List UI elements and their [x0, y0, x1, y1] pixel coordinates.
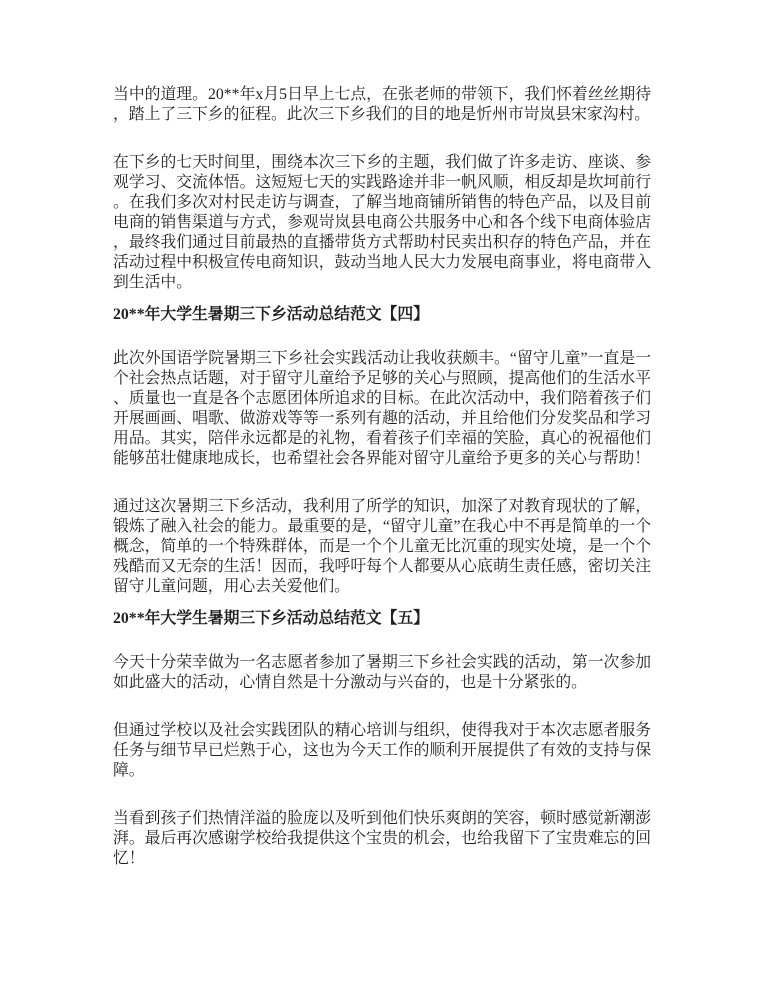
paragraph-training-preparation: 但通过学校以及社会实践团队的精心培训与组织，使得我对于本次志愿者服务任务与细节早…: [113, 721, 651, 781]
section-heading-four: 20**年大学生暑期三下乡活动总结范文【四】: [113, 305, 651, 325]
paragraph-volunteer-first-time: 今天十分荣幸做为一名志愿者参加了暑期三下乡社会实践的活动，第一次参加如此盛大的活…: [113, 653, 651, 693]
paragraph-seven-days-ecommerce: 在下乡的七天时间里，围绕本次三下乡的主题，我们做了许多走访、座谈、参观学习、交流…: [113, 153, 651, 293]
paragraph-left-behind-children-reflection: 通过这次暑期三下乡活动，我利用了所学的知识，加深了对教育现状的了解，锻炼了融入社…: [113, 497, 651, 597]
section-heading-five: 20**年大学生暑期三下乡活动总结范文【五】: [113, 609, 651, 629]
paragraph-left-behind-children-activity: 此次外国语学院暑期三下乡社会实践活动让我收获颇丰。“留守儿童”一直是一个社会热点…: [113, 349, 651, 469]
document-page: 当中的道理。20**年x月5日早上七点，在张老师的带领下，我们怀着丝丝期待，踏上…: [113, 85, 651, 897]
paragraph-gratitude-closing: 当看到孩子们热情洋溢的脸庞以及听到他们快乐爽朗的笑容，顿时感觉新潮澎湃。最后再次…: [113, 809, 651, 869]
paragraph-intro-journey: 当中的道理。20**年x月5日早上七点，在张老师的带领下，我们怀着丝丝期待，踏上…: [113, 85, 651, 125]
